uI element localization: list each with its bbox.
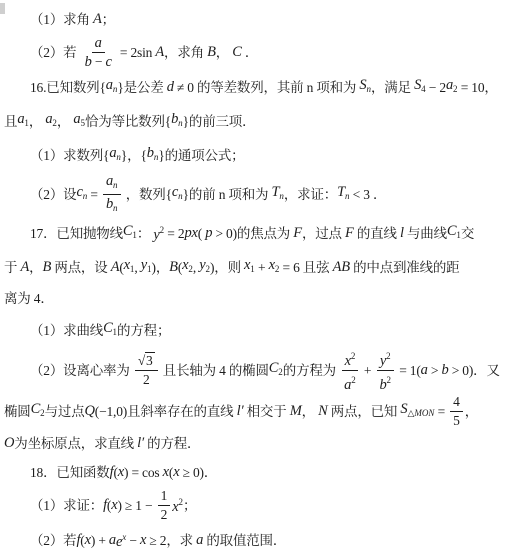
text-segment: 5 (453, 413, 460, 428)
math-variable: B (169, 253, 178, 282)
math-sub-group: a2 (446, 70, 458, 104)
text-segment: ， (29, 107, 45, 136)
text-segment: }的前 n 项和为 (183, 180, 272, 209)
math-variable: d (167, 73, 174, 102)
math-sub-group: cn (76, 177, 87, 211)
math-variable: C (123, 223, 132, 239)
math-sub-group: Sn (359, 70, 371, 104)
text-segment: ≥ 2，求 (146, 526, 196, 554)
text-segment: ≥ 0)． (179, 458, 217, 487)
text-segment: ， (302, 397, 318, 426)
math-sup-group: x2 (345, 353, 356, 368)
math-variable: N (318, 397, 327, 426)
math-variable: A (93, 5, 102, 34)
text-segment: (−1,0)且斜率存在的直线 (95, 397, 237, 426)
text-segment: ， (57, 107, 73, 136)
math-variable: A (155, 38, 164, 67)
text-line: O为坐标原点，求直线 l′ 的方程． (0, 429, 530, 458)
math-sub-group: x2 (269, 250, 280, 284)
math-sub-group: C1 (123, 216, 137, 250)
text-line: 16.已知数列{an}是公差 d ≠ 0 的等差数列，其前 n 项和为 Sn，满… (0, 70, 530, 104)
math-variable: b (106, 196, 113, 212)
text-segment: ，过点 (302, 219, 345, 248)
text-segment: 的方程； (117, 316, 170, 345)
text-segment: ； (102, 5, 115, 34)
text-segment: = (87, 180, 101, 209)
text-segment: = (434, 397, 448, 426)
math-variable: b (379, 377, 386, 393)
math-variable: C (447, 223, 456, 239)
math-variable: b (147, 145, 154, 161)
math-sub-group: bn (106, 196, 118, 211)
text-segment: 的中点到准线的距 (350, 253, 460, 282)
math-subscript: △MON (407, 408, 434, 418)
text-line: 17．已知抛物线C1： y2 = 2px( p > 0)的焦点为 F，过点 F … (0, 216, 530, 250)
text-line: 于 A，B 两点，设 A(x1, y1)，B(x2, y2)，则 x1 + x2… (0, 250, 530, 284)
math-variable: M (290, 397, 302, 426)
math-subscript: n (113, 180, 118, 190)
math-sub-group: x1 (244, 250, 255, 284)
text-segment: （1）求数列{ (30, 141, 109, 170)
math-sup-group: y2 (153, 216, 164, 250)
text-segment: （2）若 (30, 38, 80, 67)
text-segment: 交 (461, 219, 474, 248)
math-superscript: 2 (351, 375, 356, 385)
text-segment: 椭圆 (4, 397, 31, 426)
fraction-numerator: 4 (450, 393, 463, 412)
text-segment: ， (216, 38, 232, 67)
document-body: （1）求角 A；（2）若 ab − c = 2sin A，求角 B， C ．16… (0, 5, 530, 554)
math-sup-group: b2 (379, 377, 391, 392)
math-variable: a (106, 173, 113, 189)
math-superscript: 2 (387, 375, 392, 385)
text-segment: ≠ 0 的等差数列，其前 n 项和为 (174, 73, 360, 102)
text-segment: 离为 4． (4, 284, 54, 313)
text-line: （1）求证：f(x) ≥ 1 − 12x2； (0, 487, 530, 523)
math-sub-group: C2 (31, 394, 45, 428)
math-sup-group: a2 (344, 377, 356, 392)
text-segment: > 0)．又 (449, 356, 500, 385)
fraction-numerator: 1 (158, 487, 171, 506)
text-segment: （1）求证： (30, 491, 103, 520)
text-segment: 17．已知抛物线 (30, 219, 123, 248)
text-segment: （2）设 (30, 180, 76, 209)
fraction-denominator: 5 (450, 412, 463, 429)
math-sub-group: x1 (124, 250, 135, 284)
fraction-denominator: b2 (376, 371, 394, 393)
math-variable: p (205, 219, 212, 248)
text-segment: 与曲线 (404, 219, 447, 248)
math-variable: C (269, 360, 278, 376)
math-sub-group: a1 (17, 104, 29, 138)
text-segment: − (92, 54, 106, 69)
text-line: 且a1， a2， a5恰为等比数列{bn}的前三项． (0, 104, 530, 138)
math-sub-group: a5 (73, 104, 85, 138)
text-line: （2）若 ab − c = 2sin A，求角 B， C ． (0, 34, 530, 70)
math-superscript: 2 (386, 351, 391, 361)
text-segment: = 10， (458, 73, 498, 102)
math-variable: b (441, 356, 448, 385)
math-variable: l′ (137, 429, 144, 458)
math-sub-group: y2 (199, 250, 210, 284)
fraction-denominator: bn (103, 195, 121, 216)
math-variable: C (31, 401, 40, 417)
math-variable: c (105, 54, 111, 70)
math-variable: B (207, 38, 216, 67)
math-variable: b (85, 54, 92, 70)
text-segment: 的取值范围． (203, 526, 286, 554)
math-variable: O (4, 429, 14, 458)
text-segment: ： (137, 219, 153, 248)
math-sub-group: Tn (272, 177, 284, 211)
text-line: （1）求角 A； (0, 5, 530, 34)
math-variable: A (20, 253, 29, 282)
text-segment: + (255, 253, 269, 282)
text-line: 离为 4． (0, 284, 530, 313)
fraction-numerator: a (92, 34, 105, 53)
text-segment: （2）设离心率为 (30, 356, 133, 385)
math-sub-group: C2 (269, 353, 283, 387)
text-segment: 且长轴为 4 的椭圆 (160, 356, 269, 385)
fraction-numerator: an (103, 172, 121, 195)
math-sub-group: an (106, 173, 118, 188)
math-variable: a (446, 77, 453, 93)
math-variable: Q (85, 397, 95, 426)
fraction-numerator: y2 (377, 347, 394, 371)
math-variable: F (293, 219, 302, 248)
text-segment: 的直线 (354, 219, 400, 248)
text-segment: )，则 (210, 253, 244, 282)
text-segment: 且 (4, 107, 17, 136)
fraction-numerator: x2 (342, 347, 359, 371)
text-line: 18．已知函数f(x) = cos x(x ≥ 0)． (0, 458, 530, 487)
math-sup-group: x2 (172, 488, 183, 522)
text-segment: 的方程为 (283, 356, 339, 385)
math-sub-group: a2 (45, 104, 57, 138)
math-sub-group: Tn (337, 177, 349, 211)
math-sub-group: C1 (447, 216, 461, 250)
text-segment: 于 (4, 253, 20, 282)
text-line: （2）若f(x) + aex − x ≥ 2，求 a 的取值范围． (0, 523, 530, 554)
text-segment: 18．已知函数 (30, 458, 110, 487)
math-sub-group: cn (172, 177, 183, 211)
math-sub-group: y1 (141, 250, 152, 284)
text-segment: 4 (453, 394, 460, 409)
text-segment: ) = cos (124, 458, 163, 487)
math-sup-group: y2 (380, 353, 391, 368)
text-line: （1）求数列{an}，{bn}的通项公式； (0, 138, 530, 172)
math-variable: C (232, 38, 241, 67)
fraction-numerator: √3 (135, 352, 158, 371)
math-fraction: y2b2 (376, 347, 394, 393)
fraction-denominator: 2 (140, 371, 153, 388)
math-variable: B (42, 253, 51, 282)
math-fraction: 12 (158, 487, 171, 523)
text-segment: （1）求曲线 (30, 316, 103, 345)
math-variable: AB (333, 253, 350, 282)
text-segment: 的方程． (144, 429, 200, 458)
math-variable: l′ (237, 397, 244, 426)
math-sub-group: bn (147, 138, 159, 172)
text-segment: 恰为等比数列{ (85, 107, 171, 136)
math-fraction: 45 (450, 393, 463, 429)
text-segment: 16.已知数列{ (30, 73, 106, 102)
text-segment: + (361, 356, 375, 385)
text-segment: ； (183, 491, 196, 520)
text-segment: }的前三项． (183, 107, 256, 136)
text-segment: 为坐标原点，求直线 (14, 429, 137, 458)
text-segment: 两点，已知 (328, 397, 401, 426)
text-segment: ． (242, 38, 258, 67)
text-line: （2）设离心率为 √32 且长轴为 4 的椭圆C2的方程为 x2a2 + y2b… (0, 347, 530, 393)
text-segment: ) + (91, 526, 109, 554)
text-segment: − 2 (426, 73, 446, 102)
text-segment: }是公差 (117, 73, 166, 102)
math-variable: a (95, 35, 102, 51)
math-sqrt: √3 (138, 352, 155, 368)
text-segment: = 6 且弦 (279, 253, 332, 282)
math-variable: a (421, 356, 428, 385)
text-segment: > (428, 356, 442, 385)
text-segment: }的通项公式； (158, 141, 244, 170)
text-segment: ， (465, 397, 478, 426)
math-variable: T (337, 184, 345, 200)
math-sub-group: an (106, 70, 118, 104)
math-variable: C (103, 320, 112, 336)
radicand: 3 (145, 352, 155, 368)
fraction-denominator: 2 (158, 506, 171, 523)
math-variable: a (106, 77, 113, 93)
text-segment: ，求证： (284, 180, 337, 209)
math-sub-group: bn (171, 104, 183, 138)
text-segment: 与过点 (45, 397, 85, 426)
text-segment: ，满足 (371, 73, 414, 102)
math-fraction: anbn (103, 172, 121, 216)
math-sub-group: an (109, 138, 121, 172)
text-line: （2）设cn = anbn ，数列{cn}的前 n 项和为 Tn，求证：Tn <… (0, 172, 530, 216)
text-segment: }，{ (121, 141, 147, 170)
text-segment: 2 (161, 507, 168, 522)
fraction-denominator: a2 (341, 371, 359, 393)
text-segment: < 3 ． (349, 180, 386, 209)
math-variable: a (109, 526, 116, 554)
math-variable: a (196, 526, 203, 554)
math-fraction: √32 (135, 352, 158, 388)
text-segment: ，数列{ (123, 180, 172, 209)
text-segment: 相交于 (243, 397, 289, 426)
math-variable: A (111, 253, 120, 282)
text-segment: > 0)的焦点为 (212, 219, 293, 248)
radical-sign-icon: √ (138, 353, 145, 368)
math-sub-group: S4 (414, 70, 426, 104)
text-line: （1）求曲线C1的方程； (0, 313, 530, 347)
document-page: （1）求角 A；（2）若 ab − c = 2sin A，求角 B， C ．16… (0, 0, 530, 554)
math-subscript: n (113, 203, 118, 213)
text-segment: （1）求角 (30, 5, 93, 34)
text-segment: 1 (161, 488, 168, 503)
text-segment: ) ≥ 1 − (117, 491, 155, 520)
math-variable: px (184, 219, 197, 248)
math-sup-group: ex (116, 523, 126, 554)
scan-artifact-mark (0, 3, 5, 14)
text-segment: ，求角 (164, 38, 207, 67)
text-segment: 2 (143, 372, 150, 387)
math-fraction: x2a2 (341, 347, 359, 393)
math-superscript: 2 (351, 351, 356, 361)
text-segment: − (126, 526, 140, 554)
text-segment: （2）若 (30, 526, 76, 554)
math-fraction: ab − c (82, 34, 115, 70)
text-segment: = 2 (164, 219, 184, 248)
fraction-denominator: b − c (82, 53, 115, 70)
text-line: 椭圆C2与过点Q(−1,0)且斜率存在的直线 l′ 相交于 M， N 两点，已知… (0, 393, 530, 429)
text-segment: = 1( (396, 356, 421, 385)
math-variable: F (345, 219, 354, 248)
text-segment: )， (152, 253, 170, 282)
math-sub-group: S△MON (400, 394, 434, 428)
math-sub-group: C1 (103, 313, 117, 347)
text-segment: 两点，设 (51, 253, 111, 282)
math-sub-group: x2 (182, 250, 193, 284)
text-segment: ， (29, 253, 42, 282)
text-segment: = 2sin (117, 38, 156, 67)
